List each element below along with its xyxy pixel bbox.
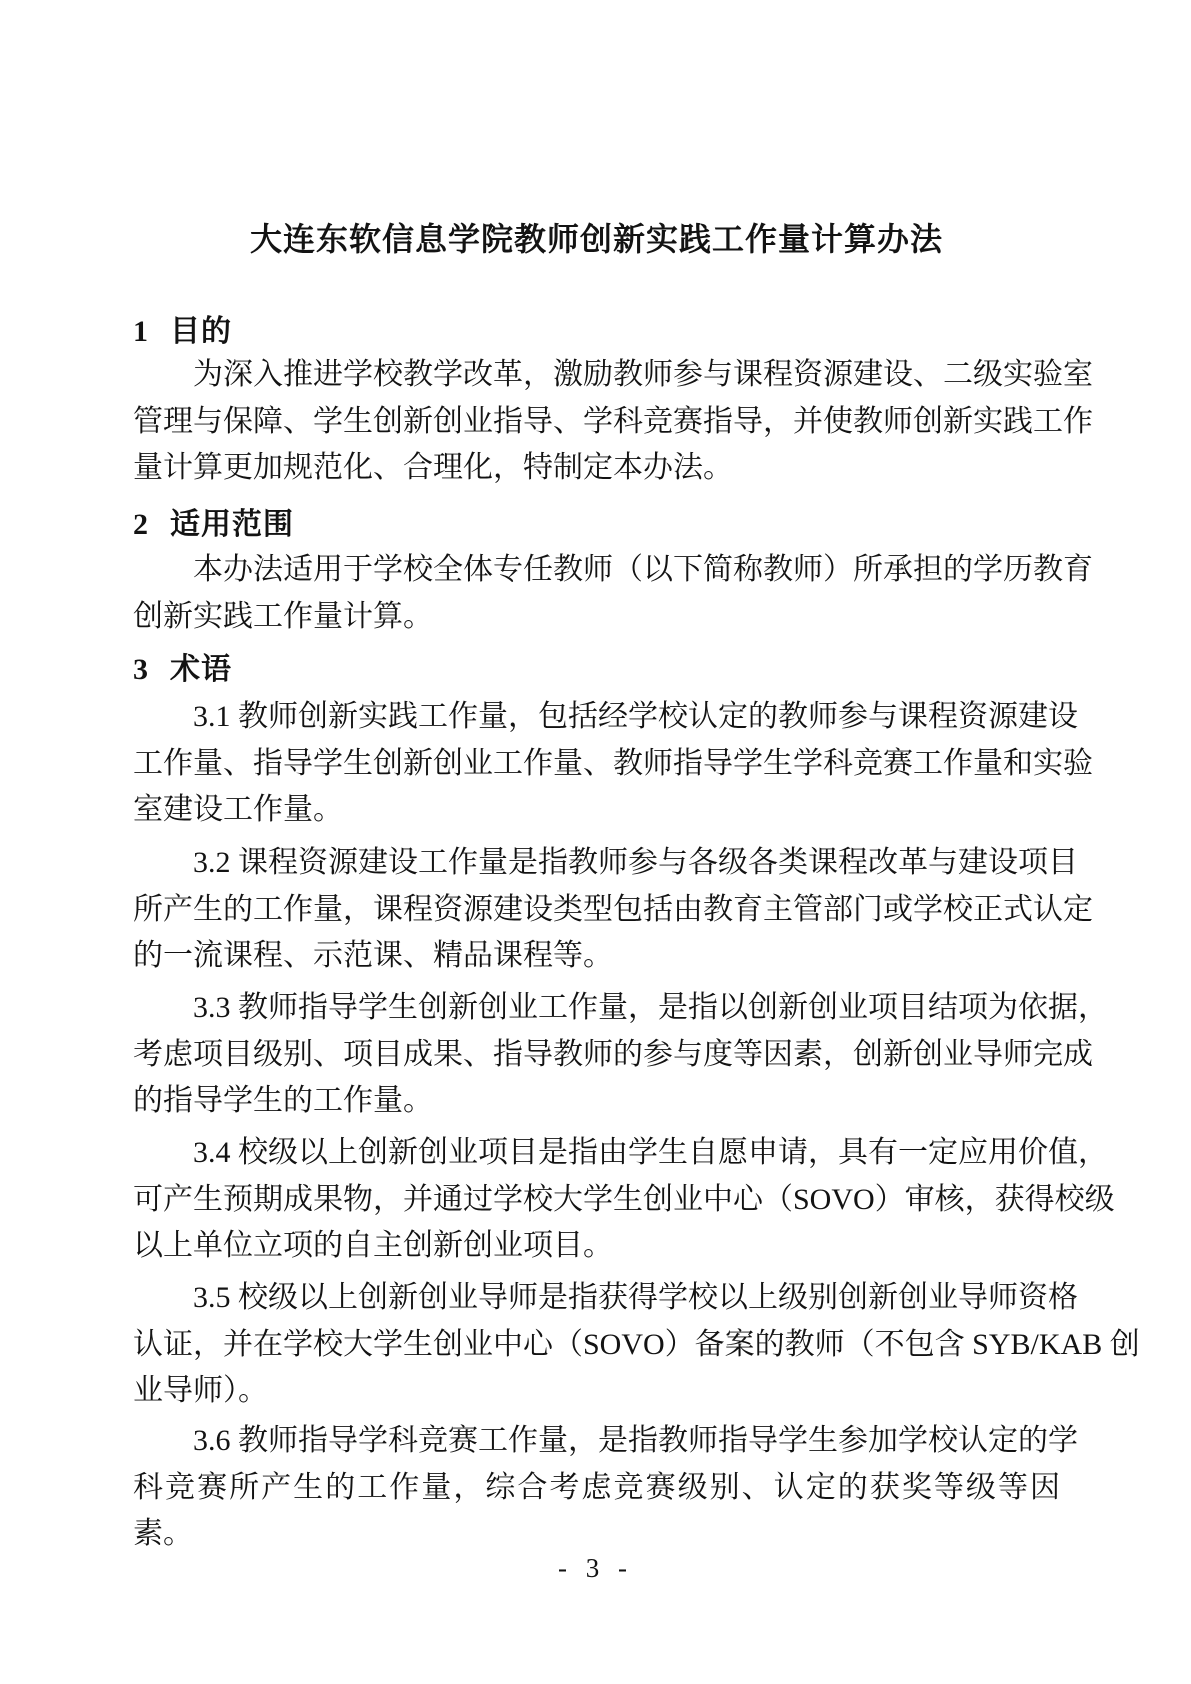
- text-line: 的一流课程、示范课、精品课程等。: [133, 933, 1060, 980]
- text-line: 工作量、指导学生创新创业工作量、教师指导学生学科竞赛工作量和实验: [133, 741, 1060, 788]
- paragraph-scope: 本办法适用于学校全体专任教师（以下简称教师）所承担的学历教育 创新实践工作量计算…: [133, 547, 1060, 640]
- section-heading-2: 2 适用范围: [133, 505, 1060, 545]
- paragraph-term-3-2: 3.2 课程资源建设工作量是指教师参与各级各类课程改革与建设项目 所产生的工作量…: [133, 840, 1060, 980]
- paragraph-purpose: 为深入推进学校教学改革，激励教师参与课程资源建设、二级实验室 管理与保障、学生创…: [133, 352, 1060, 492]
- text-line: 为深入推进学校教学改革，激励教师参与课程资源建设、二级实验室: [133, 352, 1060, 399]
- text-line: 的指导学生的工作量。: [133, 1078, 1060, 1125]
- section-number: 3: [133, 650, 148, 690]
- section-heading-3: 3 术语: [133, 650, 1060, 690]
- text-line: 3.6 教师指导学科竞赛工作量，是指教师指导学生参加学校认定的学: [133, 1418, 1060, 1465]
- text-line: 3.2 课程资源建设工作量是指教师参与各级各类课程改革与建设项目: [133, 840, 1060, 887]
- text-line: 本办法适用于学校全体专任教师（以下简称教师）所承担的学历教育: [133, 547, 1060, 594]
- page-number-footer: - 3 -: [0, 1550, 1191, 1586]
- text-line: 量计算更加规范化、合理化，特制定本办法。: [133, 445, 1060, 492]
- text-line: 可产生预期成果物，并通过学校大学生创业中心（SOVO）审核，获得校级: [133, 1177, 1060, 1224]
- section-number: 2: [133, 505, 148, 545]
- text-line: 3.1 教师创新实践工作量，包括经学校认定的教师参与课程资源建设: [133, 694, 1060, 741]
- text-line: 业导师）。: [133, 1368, 1060, 1415]
- paragraph-term-3-1: 3.1 教师创新实践工作量，包括经学校认定的教师参与课程资源建设 工作量、指导学…: [133, 694, 1060, 834]
- section-label: 适用范围: [170, 505, 294, 545]
- section-label: 目的: [170, 312, 232, 352]
- paragraph-term-3-3: 3.3 教师指导学生创新创业工作量，是指以创新创业项目结项为依据， 考虑项目级别…: [133, 985, 1060, 1125]
- text-line: 所产生的工作量，课程资源建设类型包括由教育主管部门或学校正式认定: [133, 887, 1060, 934]
- paragraph-term-3-5: 3.5 校级以上创新创业导师是指获得学校以上级别创新创业导师资格 认证，并在学校…: [133, 1275, 1060, 1415]
- text-line: 科竞赛所产生的工作量，综合考虑竞赛级别、认定的获奖等级等因素。: [133, 1465, 1060, 1558]
- document-title: 大连东软信息学院教师创新实践工作量计算办法: [133, 216, 1060, 262]
- text-line: 3.4 校级以上创新创业项目是指由学生自愿申请，具有一定应用价值，: [133, 1130, 1060, 1177]
- text-line: 认证，并在学校大学生创业中心（SOVO）备案的教师（不包含 SYB/KAB 创: [133, 1322, 1060, 1369]
- text-line: 3.5 校级以上创新创业导师是指获得学校以上级别创新创业导师资格: [133, 1275, 1060, 1322]
- text-line: 室建设工作量。: [133, 787, 1060, 834]
- paragraph-term-3-4: 3.4 校级以上创新创业项目是指由学生自愿申请，具有一定应用价值， 可产生预期成…: [133, 1130, 1060, 1270]
- text-line: 考虑项目级别、项目成果、指导教师的参与度等因素，创新创业导师完成: [133, 1032, 1060, 1079]
- section-number: 1: [133, 312, 148, 352]
- text-line: 创新实践工作量计算。: [133, 594, 1060, 641]
- section-label: 术语: [170, 650, 232, 690]
- document-page: 大连东软信息学院教师创新实践工作量计算办法 1 目的 为深入推进学校教学改革，激…: [0, 0, 1191, 1684]
- text-line: 管理与保障、学生创新创业指导、学科竞赛指导，并使教师创新实践工作: [133, 399, 1060, 446]
- paragraph-term-3-6: 3.6 教师指导学科竞赛工作量，是指教师指导学生参加学校认定的学 科竞赛所产生的…: [133, 1418, 1060, 1558]
- text-line: 以上单位立项的自主创新创业项目。: [133, 1223, 1060, 1270]
- section-heading-1: 1 目的: [133, 312, 1060, 352]
- text-line: 3.3 教师指导学生创新创业工作量，是指以创新创业项目结项为依据，: [133, 985, 1060, 1032]
